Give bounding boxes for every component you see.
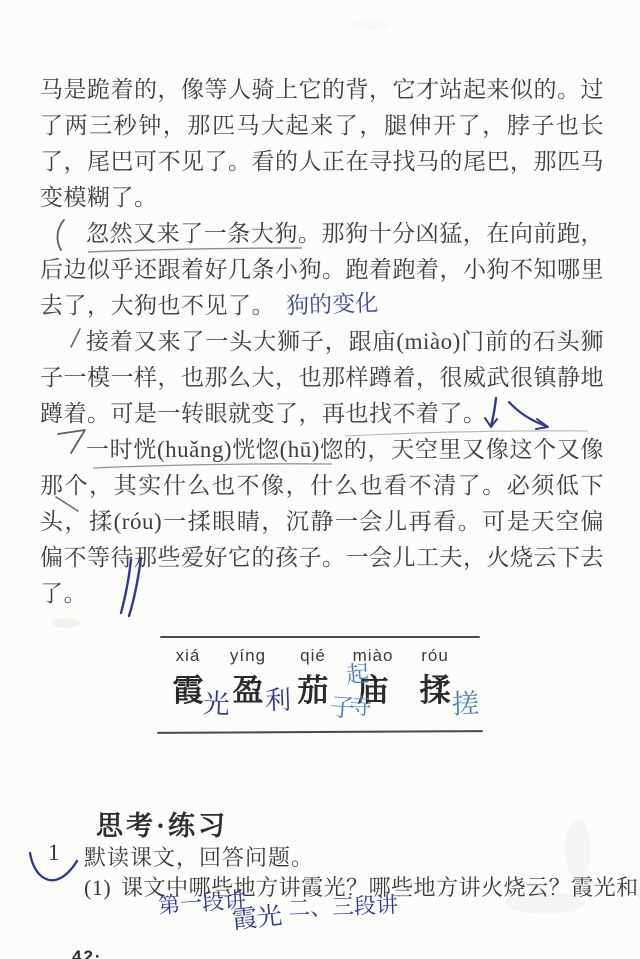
paragraph-lion: 接着又来了一头大狮子，跟庙(miào)门前的石头狮子一模一样，也那么大，也那样蹲… (40, 324, 604, 432)
scan-smudge (350, 20, 390, 30)
pinyin-label: miào (343, 646, 403, 666)
pinyin-label: xiá (158, 646, 218, 666)
paragraph-dog: 忽然又来了一条大狗。那狗十分凶猛，在向前跑，后边似乎还跟着好几条小狗。跑着跑着，… (40, 216, 604, 324)
sub-question-text: 课文中哪些地方讲霞光？哪些地方讲火烧云？霞光和火 (121, 875, 640, 900)
vocab-character: 揉 (405, 674, 465, 708)
vocab-item-miao: miào 庙 (343, 646, 403, 708)
pinyin-label: qié (283, 646, 343, 666)
paragraph-blur: 一时恍(huǎng)恍惚(hū)惚的，天空里又像这个又像那个，其实什么也不像，什… (40, 432, 604, 612)
vocab-item-ying: yíng 盈 (218, 646, 278, 708)
scanned-textbook-page: 马是跪着的，像等人骑上它的背，它才站起来似的。过了两三秒钟，那匹马大起来了，腿伸… (0, 0, 640, 959)
pinyin-label: yíng (218, 646, 278, 666)
scan-smudge (52, 618, 80, 628)
vocab-character: 庙 (343, 674, 403, 708)
vocab-box-bottom-rule (157, 730, 483, 734)
exercise-sub-question: (1)课文中哪些地方讲霞光？哪些地方讲火烧云？霞光和火 (84, 871, 640, 902)
paragraph-horse: 马是跪着的，像等人骑上它的背，它才站起来似的。过了两三秒钟，那匹马大起来了，腿伸… (40, 72, 604, 216)
sub-question-number: (1) (84, 875, 111, 900)
lesson-body-text: 马是跪着的，像等人骑上它的背，它才站起来似的。过了两三秒钟，那匹马大起来了，腿伸… (40, 72, 604, 612)
exercise-item-text: 默读课文，回答问题。 (84, 841, 314, 872)
pinyin-label: róu (405, 646, 465, 666)
vocab-item-qie: qié 茄 (283, 646, 343, 708)
vocab-character: 盈 (218, 674, 278, 708)
vocab-item-rou: róu 揉 (405, 646, 465, 708)
vocab-box-top-rule (160, 636, 480, 638)
vocab-item-xia: xiá 霞 (158, 646, 218, 708)
exercise-item-number: 1 (48, 840, 60, 866)
vocab-character: 霞 (158, 674, 218, 708)
exercise-heading: 思考·练习 (96, 804, 228, 843)
page-number: 42· (72, 947, 103, 959)
vocab-character: 茄 (283, 674, 343, 708)
